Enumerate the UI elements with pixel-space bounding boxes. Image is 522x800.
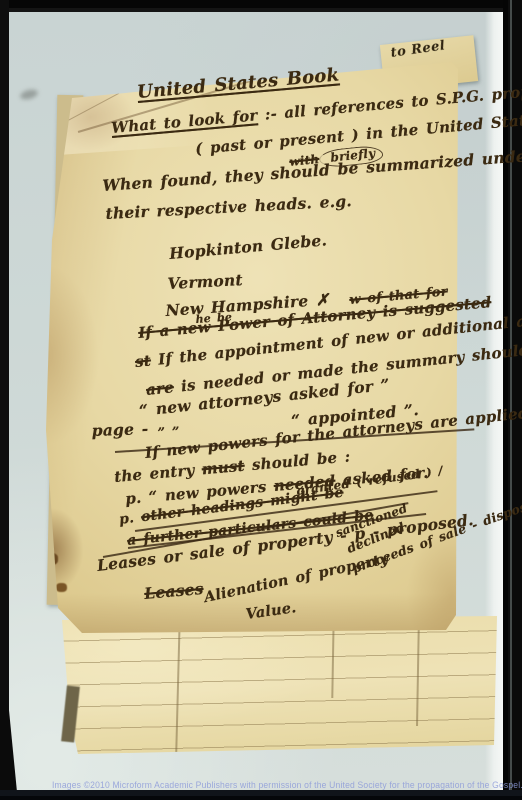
manuscript-line: their respective heads. e.g.: [105, 193, 352, 221]
manuscript-line: Alienation of property: [203, 552, 390, 605]
manuscript-line: ” ”: [157, 426, 180, 440]
manuscript-text-segment: are: [145, 378, 174, 399]
handwriting-layer: United States BookWhat to look for :- al…: [0, 0, 522, 800]
manuscript-line: Leases: [144, 581, 204, 602]
manuscript-text-segment: p.: [118, 509, 142, 528]
manuscript-text-segment: Value.: [245, 599, 298, 623]
manuscript-text-segment: Hopkinton Glebe.: [168, 230, 327, 263]
manuscript-line: Vermont: [167, 272, 243, 291]
manuscript-text-segment: United States Book: [136, 64, 340, 103]
manuscript-text-segment: What to look for: [111, 106, 259, 137]
manuscript-text-segment: st: [134, 351, 152, 371]
manuscript-text-segment: Leases: [143, 579, 204, 603]
manuscript-text-segment: their respective heads. e.g.: [105, 191, 352, 223]
manuscript-text-segment: ” ”: [157, 425, 180, 441]
manuscript-text-segment: the entry: [114, 460, 203, 486]
microfilm-scan-page: to Reel United States BookWhat to look f…: [0, 0, 522, 800]
manuscript-text-segment: should be :: [244, 447, 351, 474]
copyright-watermark: Images ©2010 Microform Academic Publishe…: [52, 780, 522, 791]
manuscript-line: page -: [91, 421, 148, 438]
manuscript-line: United States Book: [136, 66, 339, 102]
manuscript-line: Value.: [245, 601, 297, 622]
manuscript-text-segment: must: [201, 457, 245, 479]
manuscript-line: Hopkinton Glebe.: [169, 232, 328, 261]
manuscript-text-segment: Vermont: [167, 270, 243, 293]
manuscript-text-segment: page -: [91, 419, 148, 440]
